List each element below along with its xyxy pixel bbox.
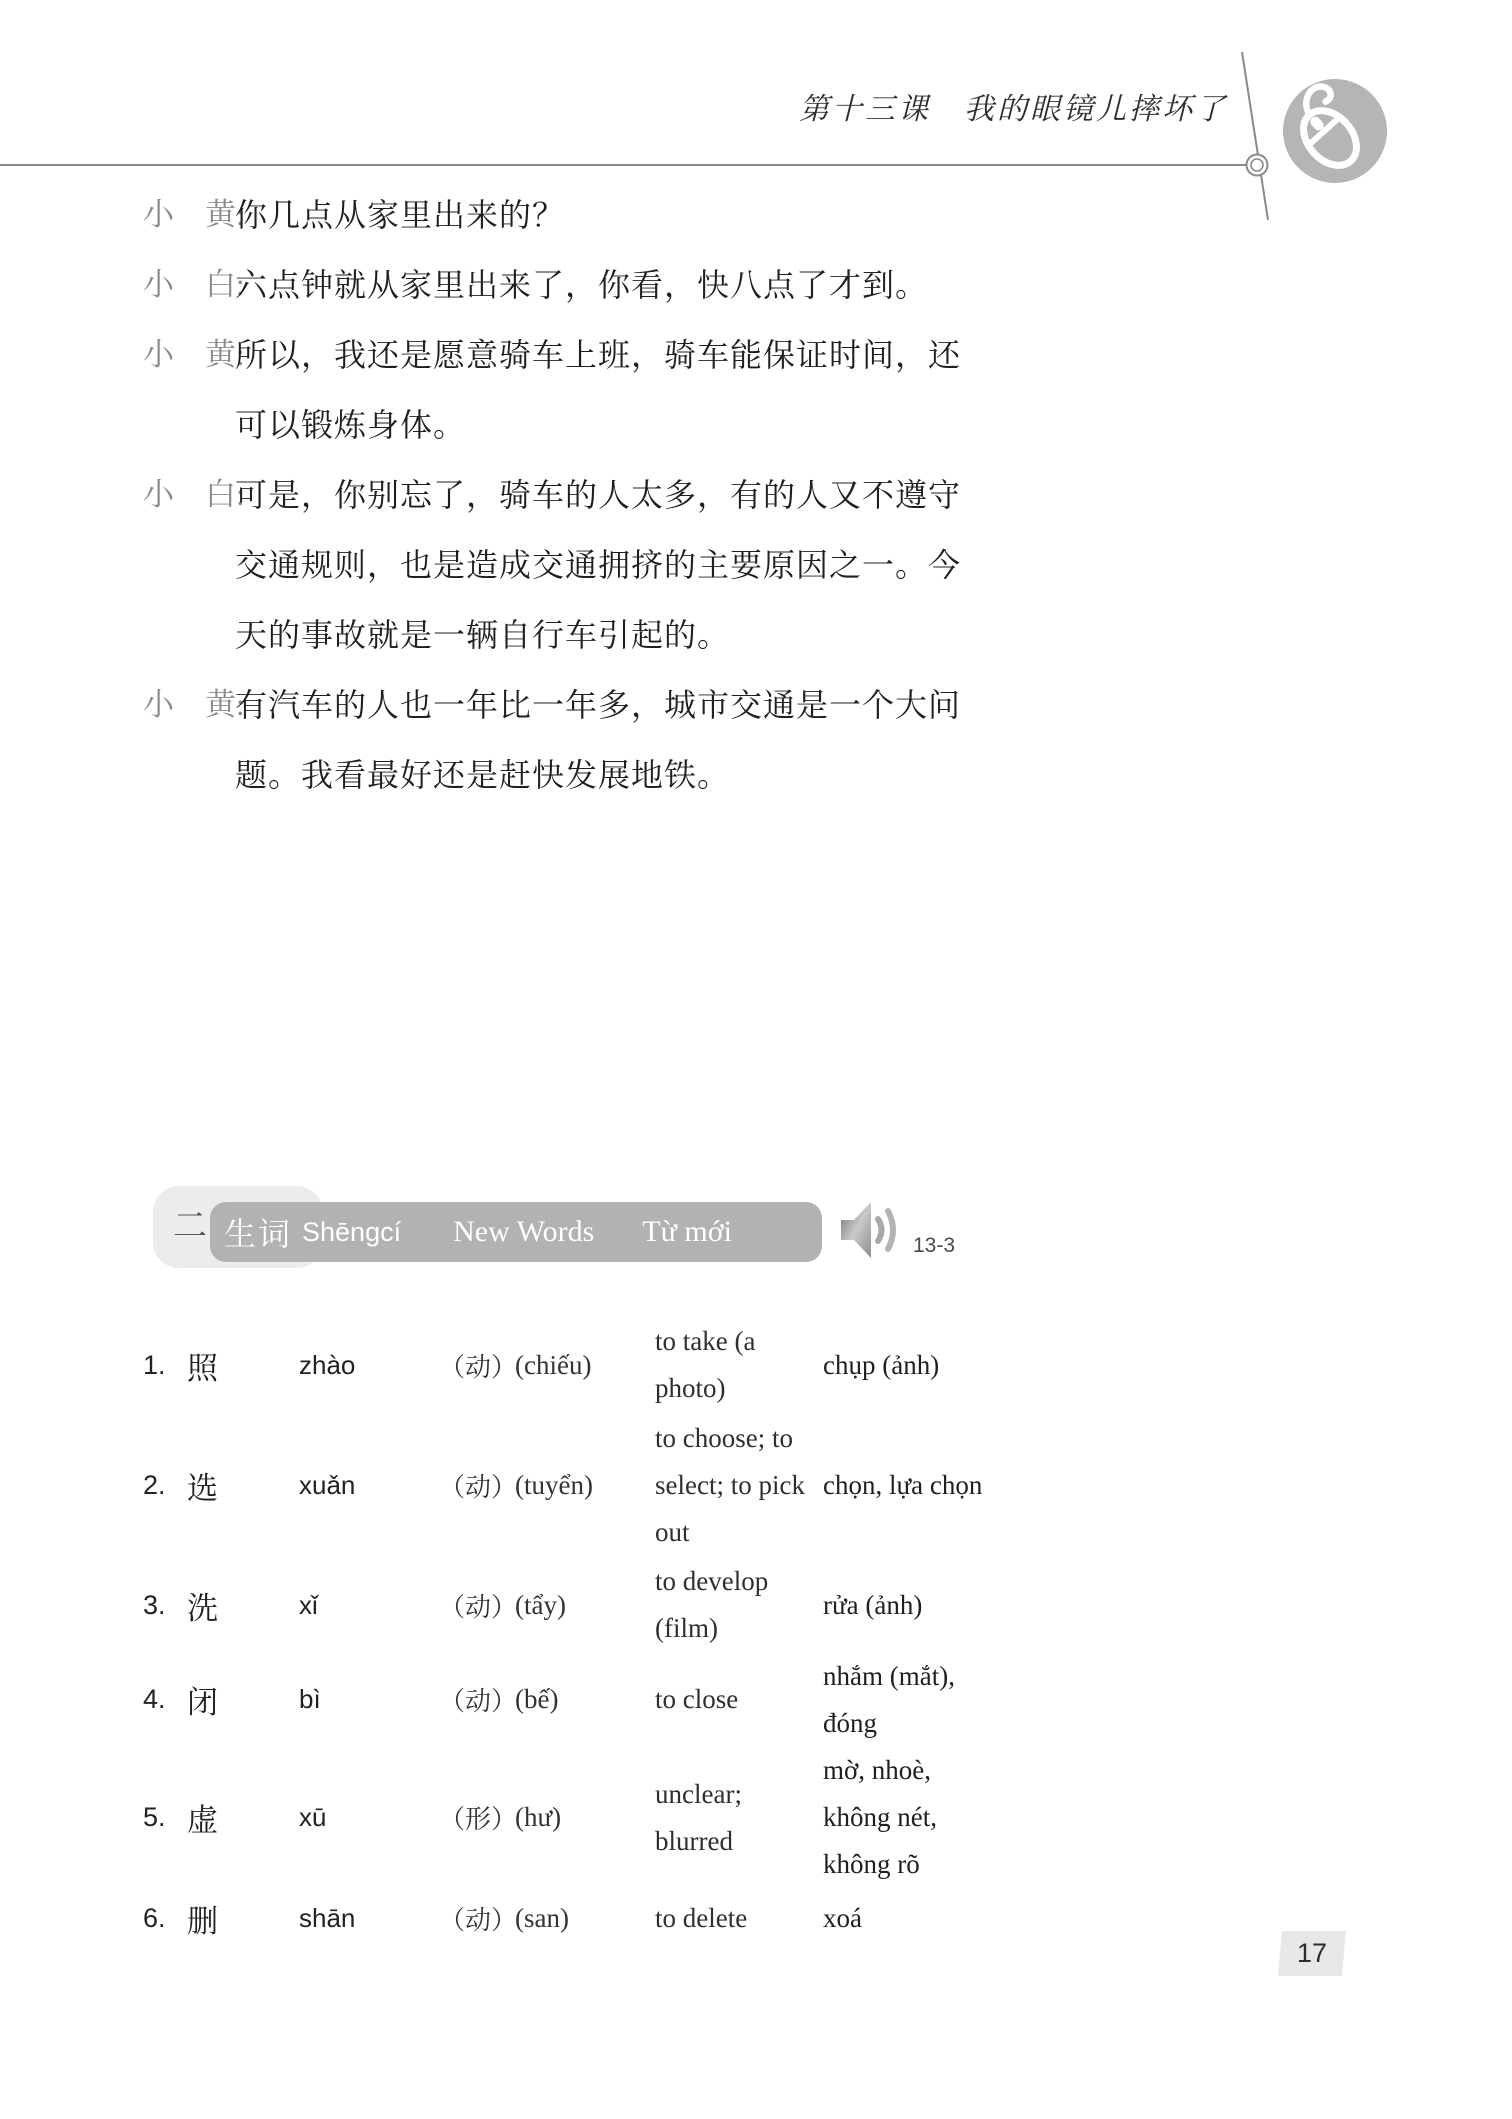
vocab-vietnamese: xoá	[823, 1895, 1003, 1942]
vocab-vietnamese: mờ, nhoè, không nét, không rõ	[823, 1747, 1003, 1888]
mouse-icon	[1282, 79, 1387, 183]
speaker-label: 小 黄:	[143, 670, 235, 740]
vocab-pinyin: shān	[299, 1903, 439, 1934]
dialogue-line: 有汽车的人也一年比一年多，城市交通是一个大问	[235, 670, 961, 740]
dialogue-line: 天的事故就是一辆自行车引起的。	[235, 600, 961, 670]
vocab-num: 5.	[143, 1802, 187, 1833]
vocab-viet-pinyin: (hư)	[515, 1802, 655, 1833]
vocab-english: to develop (film)	[655, 1558, 823, 1652]
ring-ornament	[1247, 155, 1268, 176]
vocab-row: 1. 照 zhào （动） (chiếu) to take (a photo) …	[143, 1318, 1023, 1412]
vocab-pos: （动）	[439, 1467, 515, 1504]
vocab-hanzi: 虚	[187, 1795, 299, 1840]
dialogue-turn: 小 白: 六点钟就从家里出来了，你看，快八点了才到。	[143, 250, 961, 320]
vocab-vietnamese: chụp (ảnh)	[823, 1342, 1003, 1389]
vocab-pos: （动）	[439, 1900, 515, 1937]
dialogue-line: 题。我看最好还是赶快发展地铁。	[235, 740, 961, 810]
vocab-row: 6. 删 shān （动） (san) to delete xoá	[143, 1888, 1023, 1948]
vocab-pos: （形）	[439, 1799, 515, 1836]
vocab-viet-pinyin: (bế)	[515, 1684, 655, 1715]
vocab-hanzi: 洗	[187, 1583, 299, 1628]
speaker-label: 小 黄:	[143, 180, 235, 250]
vocab-pinyin: xū	[299, 1802, 439, 1833]
section-title-pinyin: Shēngcí	[302, 1217, 401, 1248]
dialogue-line: 你几点从家里出来的？	[235, 180, 565, 250]
lesson-title: 第十三课 我的眼镜儿摔坏了	[799, 84, 1228, 128]
dialogue-line: 交通规则，也是造成交通拥挤的主要原因之一。今	[235, 530, 961, 600]
vocab-num: 1.	[143, 1350, 187, 1381]
vocab-pinyin: zhào	[299, 1350, 439, 1381]
vocab-viet-pinyin: (tuyển)	[515, 1470, 655, 1501]
vocab-pinyin: bì	[299, 1684, 439, 1715]
vocab-num: 3.	[143, 1590, 187, 1621]
dialogue-line: 可是，你别忘了，骑车的人太多，有的人又不遵守	[235, 460, 961, 530]
page-number: 17	[1297, 1938, 1327, 1969]
vocab-row: 3. 洗 xǐ （动） (tẩy) to develop (film) rửa …	[143, 1558, 1023, 1652]
vocab-hanzi: 选	[187, 1463, 299, 1508]
speaker-label: 小 白:	[143, 460, 235, 530]
audio-track-label: 13-3	[913, 1234, 955, 1258]
dialogue-section: 小 黄: 你几点从家里出来的？ 小 白: 六点钟就从家里出来了，你看，快八点了才…	[143, 180, 961, 810]
vocab-num: 4.	[143, 1684, 187, 1715]
section-title-vietnamese: Từ mới	[642, 1215, 732, 1249]
vocab-num: 2.	[143, 1470, 187, 1501]
vocab-english: to choose; to select; to pick out	[655, 1415, 823, 1556]
section-title-chinese: 生词	[224, 1209, 292, 1255]
vocab-viet-pinyin: (tẩy)	[515, 1590, 655, 1621]
dialogue-line: 可以锻炼身体。	[235, 390, 961, 460]
vocab-row: 5. 虚 xū （形） (hư) unclear; blurred mờ, nh…	[143, 1747, 1023, 1888]
vocab-num: 6.	[143, 1903, 187, 1934]
vocab-viet-pinyin: (san)	[515, 1903, 655, 1934]
vocab-vietnamese: rửa (ảnh)	[823, 1582, 1003, 1629]
vocab-viet-pinyin: (chiếu)	[515, 1350, 655, 1381]
vocab-english: to close	[655, 1676, 823, 1723]
new-words-bar: 生词 Shēngcí New Words Từ mới	[210, 1202, 822, 1262]
section-number: 二	[167, 1186, 213, 1268]
vocab-english: to delete	[655, 1895, 823, 1942]
vocab-row: 4. 闭 bì （动） (bế) to close nhắm (mắt), đó…	[143, 1652, 1023, 1747]
dialogue-turn: 小 黄: 有汽车的人也一年比一年多，城市交通是一个大问 题。我看最好还是赶快发展…	[143, 670, 961, 810]
vocab-pinyin: xuǎn	[299, 1470, 439, 1501]
dialogue-turn: 小 黄: 所以，我还是愿意骑车上班，骑车能保证时间，还 可以锻炼身体。	[143, 320, 961, 460]
vocab-vietnamese: chọn, lựa chọn	[823, 1462, 1003, 1509]
section-title-english: New Words	[453, 1215, 594, 1249]
vocab-hanzi: 闭	[187, 1677, 299, 1722]
speaker-label: 小 白:	[143, 250, 235, 320]
vocab-english: unclear; blurred	[655, 1771, 823, 1865]
vocab-pos: （动）	[439, 1681, 515, 1718]
vocab-hanzi: 照	[187, 1343, 299, 1388]
vocab-hanzi: 删	[187, 1896, 299, 1941]
speaker-icon	[836, 1196, 904, 1266]
dialogue-line: 六点钟就从家里出来了，你看，快八点了才到。	[235, 250, 928, 320]
vocab-english: to take (a photo)	[655, 1318, 823, 1412]
page-number-box: 17	[1278, 1931, 1346, 1976]
speaker-label: 小 黄:	[143, 320, 235, 390]
vocab-row: 2. 选 xuǎn （动） (tuyển) to choose; to sele…	[143, 1412, 1023, 1558]
textbook-page: 第十三课 我的眼镜儿摔坏了 小 黄: 你几点从家里出来的？ 小 白: 六点钟就从…	[0, 0, 1512, 2119]
vocab-pos: （动）	[439, 1587, 515, 1624]
diagonal-line	[1242, 52, 1268, 220]
dialogue-turn: 小 黄: 你几点从家里出来的？	[143, 180, 961, 250]
vocab-vietnamese: nhắm (mắt), đóng	[823, 1653, 1003, 1747]
dialogue-turn: 小 白: 可是，你别忘了，骑车的人太多，有的人又不遵守 交通规则，也是造成交通拥…	[143, 460, 961, 670]
dialogue-line: 所以，我还是愿意骑车上班，骑车能保证时间，还	[235, 320, 961, 390]
vocab-table: 1. 照 zhào （动） (chiếu) to take (a photo) …	[143, 1318, 1023, 1948]
vocab-pinyin: xǐ	[299, 1590, 439, 1621]
vocab-pos: （动）	[439, 1347, 515, 1384]
